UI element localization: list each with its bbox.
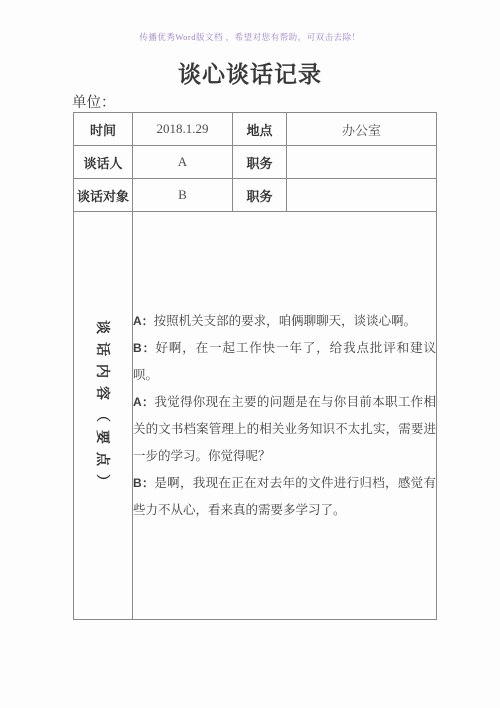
dialogue-line: B：是啊，我现在正在对去年的文件进行归档，感觉有些力不从心，看来真的需要多学习了… bbox=[133, 470, 436, 524]
speaker-prefix: A： bbox=[133, 395, 154, 409]
talker-duty-label: 职务 bbox=[233, 146, 287, 179]
unit-label: 单位： bbox=[72, 91, 116, 112]
target-duty-value bbox=[287, 179, 437, 212]
dialogue-block: A：按照机关支部的要求，咱俩聊聊天，谈谈心啊。 B：好啊，在一起工作快一年了，给… bbox=[133, 308, 436, 524]
table-row: 谈话人 A 职务 bbox=[74, 146, 437, 179]
talker-duty-value bbox=[287, 146, 437, 179]
content-row: 谈话内容（要点） A：按照机关支部的要求，咱俩聊聊天，谈谈心啊。 B：好啊，在一… bbox=[74, 212, 437, 620]
page-title: 谈心谈话记录 bbox=[0, 56, 500, 89]
talker-label: 谈话人 bbox=[74, 146, 133, 179]
dialogue-cell: A：按照机关支部的要求，咱俩聊聊天，谈谈心啊。 B：好啊，在一起工作快一年了，给… bbox=[133, 212, 437, 620]
place-label: 地点 bbox=[233, 113, 287, 146]
content-label-cell: 谈话内容（要点） bbox=[74, 212, 133, 620]
table-row: 谈话对象 B 职务 bbox=[74, 179, 437, 212]
dialogue-text: 好啊，在一起工作快一年了，给我点批评和建议呗。 bbox=[133, 341, 436, 382]
vertical-label-wrap: 谈话内容（要点） bbox=[74, 414, 132, 418]
dialogue-line: B：好啊，在一起工作快一年了，给我点批评和建议呗。 bbox=[133, 335, 436, 389]
record-table: 时间 2018.1.29 地点 办公室 谈话人 A 职务 谈话对象 B 职务 谈… bbox=[73, 112, 437, 620]
dialogue-text: 是啊，我现在正在对去年的文件进行归档，感觉有些力不从心，看来真的需要多学习了。 bbox=[133, 476, 436, 517]
table-row: 时间 2018.1.29 地点 办公室 bbox=[74, 113, 437, 146]
dialogue-text: 我觉得你现在主要的问题是在与你目前本职工作相关的文书档案管理上的相关业务知识不太… bbox=[133, 395, 436, 463]
speaker-prefix: A： bbox=[133, 314, 154, 328]
time-value: 2018.1.29 bbox=[133, 113, 233, 146]
dialogue-line: A：我觉得你现在主要的问题是在与你目前本职工作相关的文书档案管理上的相关业务知识… bbox=[133, 389, 436, 470]
talker-value: A bbox=[133, 146, 233, 179]
speaker-prefix: B： bbox=[133, 476, 154, 490]
document-page: { "watermark": { "text": "传播优秀Word版文档 ，希… bbox=[0, 0, 500, 708]
speaker-prefix: B： bbox=[133, 341, 155, 355]
content-label: 谈话内容（要点） bbox=[93, 320, 113, 496]
target-duty-label: 职务 bbox=[233, 179, 287, 212]
dialogue-line: A：按照机关支部的要求，咱俩聊聊天，谈谈心啊。 bbox=[133, 308, 436, 335]
target-value: B bbox=[133, 179, 233, 212]
dialogue-text: 按照机关支部的要求，咱俩聊聊天，谈谈心啊。 bbox=[154, 314, 417, 328]
place-value: 办公室 bbox=[287, 113, 437, 146]
watermark-note[interactable]: 传播优秀Word版文档 ，希望对您有帮助，可双击去除！ bbox=[0, 31, 500, 43]
time-label: 时间 bbox=[74, 113, 133, 146]
target-label: 谈话对象 bbox=[74, 179, 133, 212]
